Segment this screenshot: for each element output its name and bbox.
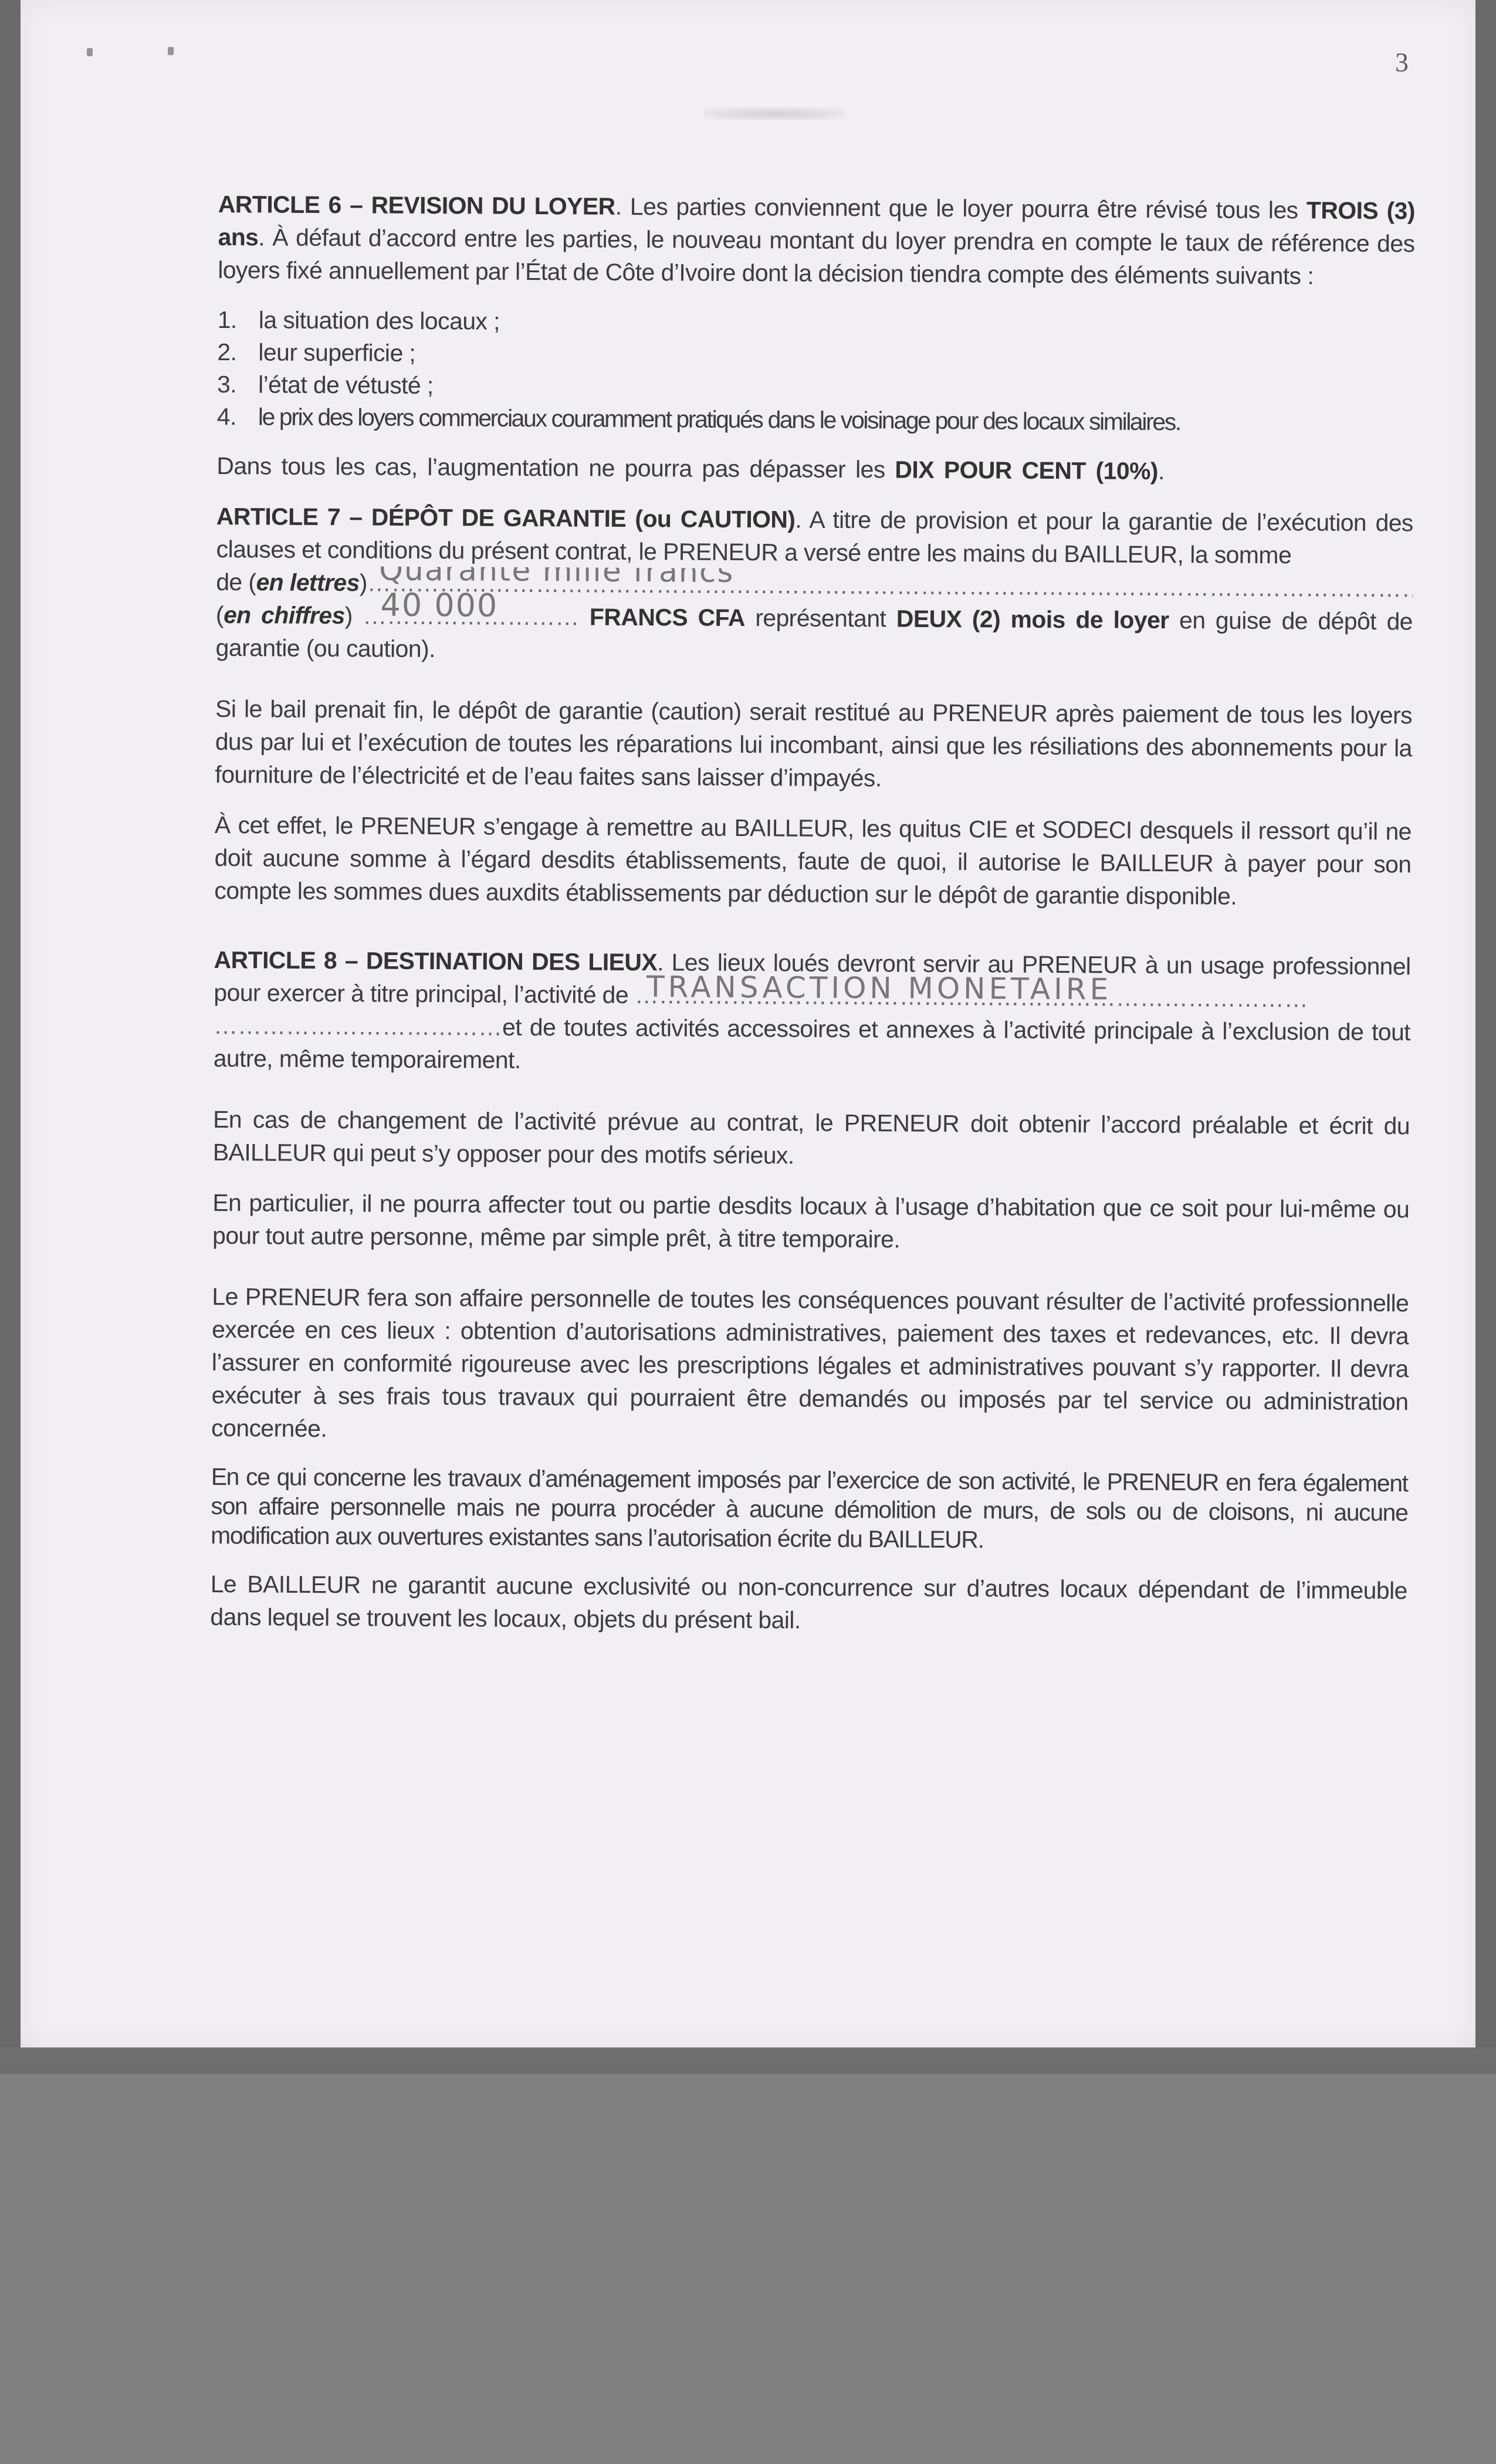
- activity-field-continuation: ………………………………: [214, 1012, 502, 1041]
- handwritten-amount-figures: 40 000: [380, 589, 498, 622]
- revision-criteria-list: 1. la situation des locaux ; 2. leur sup…: [217, 304, 1414, 439]
- no-exclusivity-paragraph: Le BAILLEUR ne garantit aucune exclusivi…: [210, 1568, 1407, 1640]
- deposit-refund-paragraph: Si le bail prenait fin, le dépôt de gara…: [215, 692, 1412, 797]
- habitation-restriction-paragraph: En particulier, il ne pourra affecter to…: [212, 1186, 1410, 1258]
- article-8: ARTICLE 8 – DESTINATION DES LIEUX. Les l…: [210, 943, 1411, 1640]
- cap-percentage: DIX POUR CENT (10%): [895, 456, 1158, 485]
- list-item: 4. le prix des loyers commerciaux couram…: [217, 401, 1414, 439]
- fitting-works-paragraph: En ce qui concerne les travaux d’aménage…: [211, 1462, 1408, 1556]
- article-7-intro: ARTICLE 7 – DÉPÔT DE GARANTIE (ou CAUTIO…: [216, 500, 1413, 572]
- amount-figures-field[interactable]: ………………………40 000: [363, 599, 579, 633]
- article-6-cap: Dans tous les cas, l’augmentation ne pou…: [216, 449, 1413, 489]
- deposit-months: DEUX (2) mois de loyer: [896, 605, 1169, 634]
- punch-mark: [168, 47, 174, 55]
- punch-mark: [87, 48, 93, 56]
- article-8-heading: ARTICLE 8 – DESTINATION DES LIEUX: [214, 946, 658, 976]
- article-6-heading: ARTICLE 6 – REVISION DU LOYER: [218, 191, 615, 220]
- article-7: ARTICLE 7 – DÉPÔT DE GARANTIE (ou CAUTIO…: [214, 500, 1413, 913]
- amount-figures-line: (en chiffres) ………………………40 000 FRANCS CFA…: [215, 598, 1413, 671]
- handwritten-activity: TRANSACTION MONETAIRE: [647, 970, 1112, 1006]
- scanner-edge-shadow: [0, 2047, 1496, 2074]
- scan-smudge: [704, 107, 845, 120]
- activity-field[interactable]: …………………………………………………………………………TRANSACTION …: [635, 979, 1308, 1015]
- currency-label: FRANCS CFA: [590, 604, 745, 631]
- tenant-responsibility-paragraph: Le PRENEUR fera son affaire personnelle …: [211, 1280, 1409, 1451]
- activity-change-paragraph: En cas de changement de l’activité prévu…: [213, 1103, 1410, 1175]
- amount-words-field[interactable]: ……………………………………………………………………………………………………………: [367, 566, 1413, 605]
- utility-quitus-paragraph: À cet effet, le PRENEUR s’engage à remet…: [214, 808, 1412, 913]
- article-7-heading: ARTICLE 7 – DÉPÔT DE GARANTIE (ou CAUTIO…: [216, 503, 796, 533]
- article-8-intro: ARTICLE 8 – DESTINATION DES LIEUX. Les l…: [214, 943, 1411, 1016]
- document-body: ARTICLE 6 – REVISION DU LOYER. Les parti…: [210, 188, 1415, 1657]
- handwritten-amount-words: Quarante mille francs: [379, 566, 735, 588]
- article-8-intro-tail: ………………………………et de toutes activités acces…: [214, 1009, 1411, 1081]
- article-6-intro: ARTICLE 6 – REVISION DU LOYER. Les parti…: [218, 188, 1415, 293]
- article-6: ARTICLE 6 – REVISION DU LOYER. Les parti…: [216, 188, 1415, 489]
